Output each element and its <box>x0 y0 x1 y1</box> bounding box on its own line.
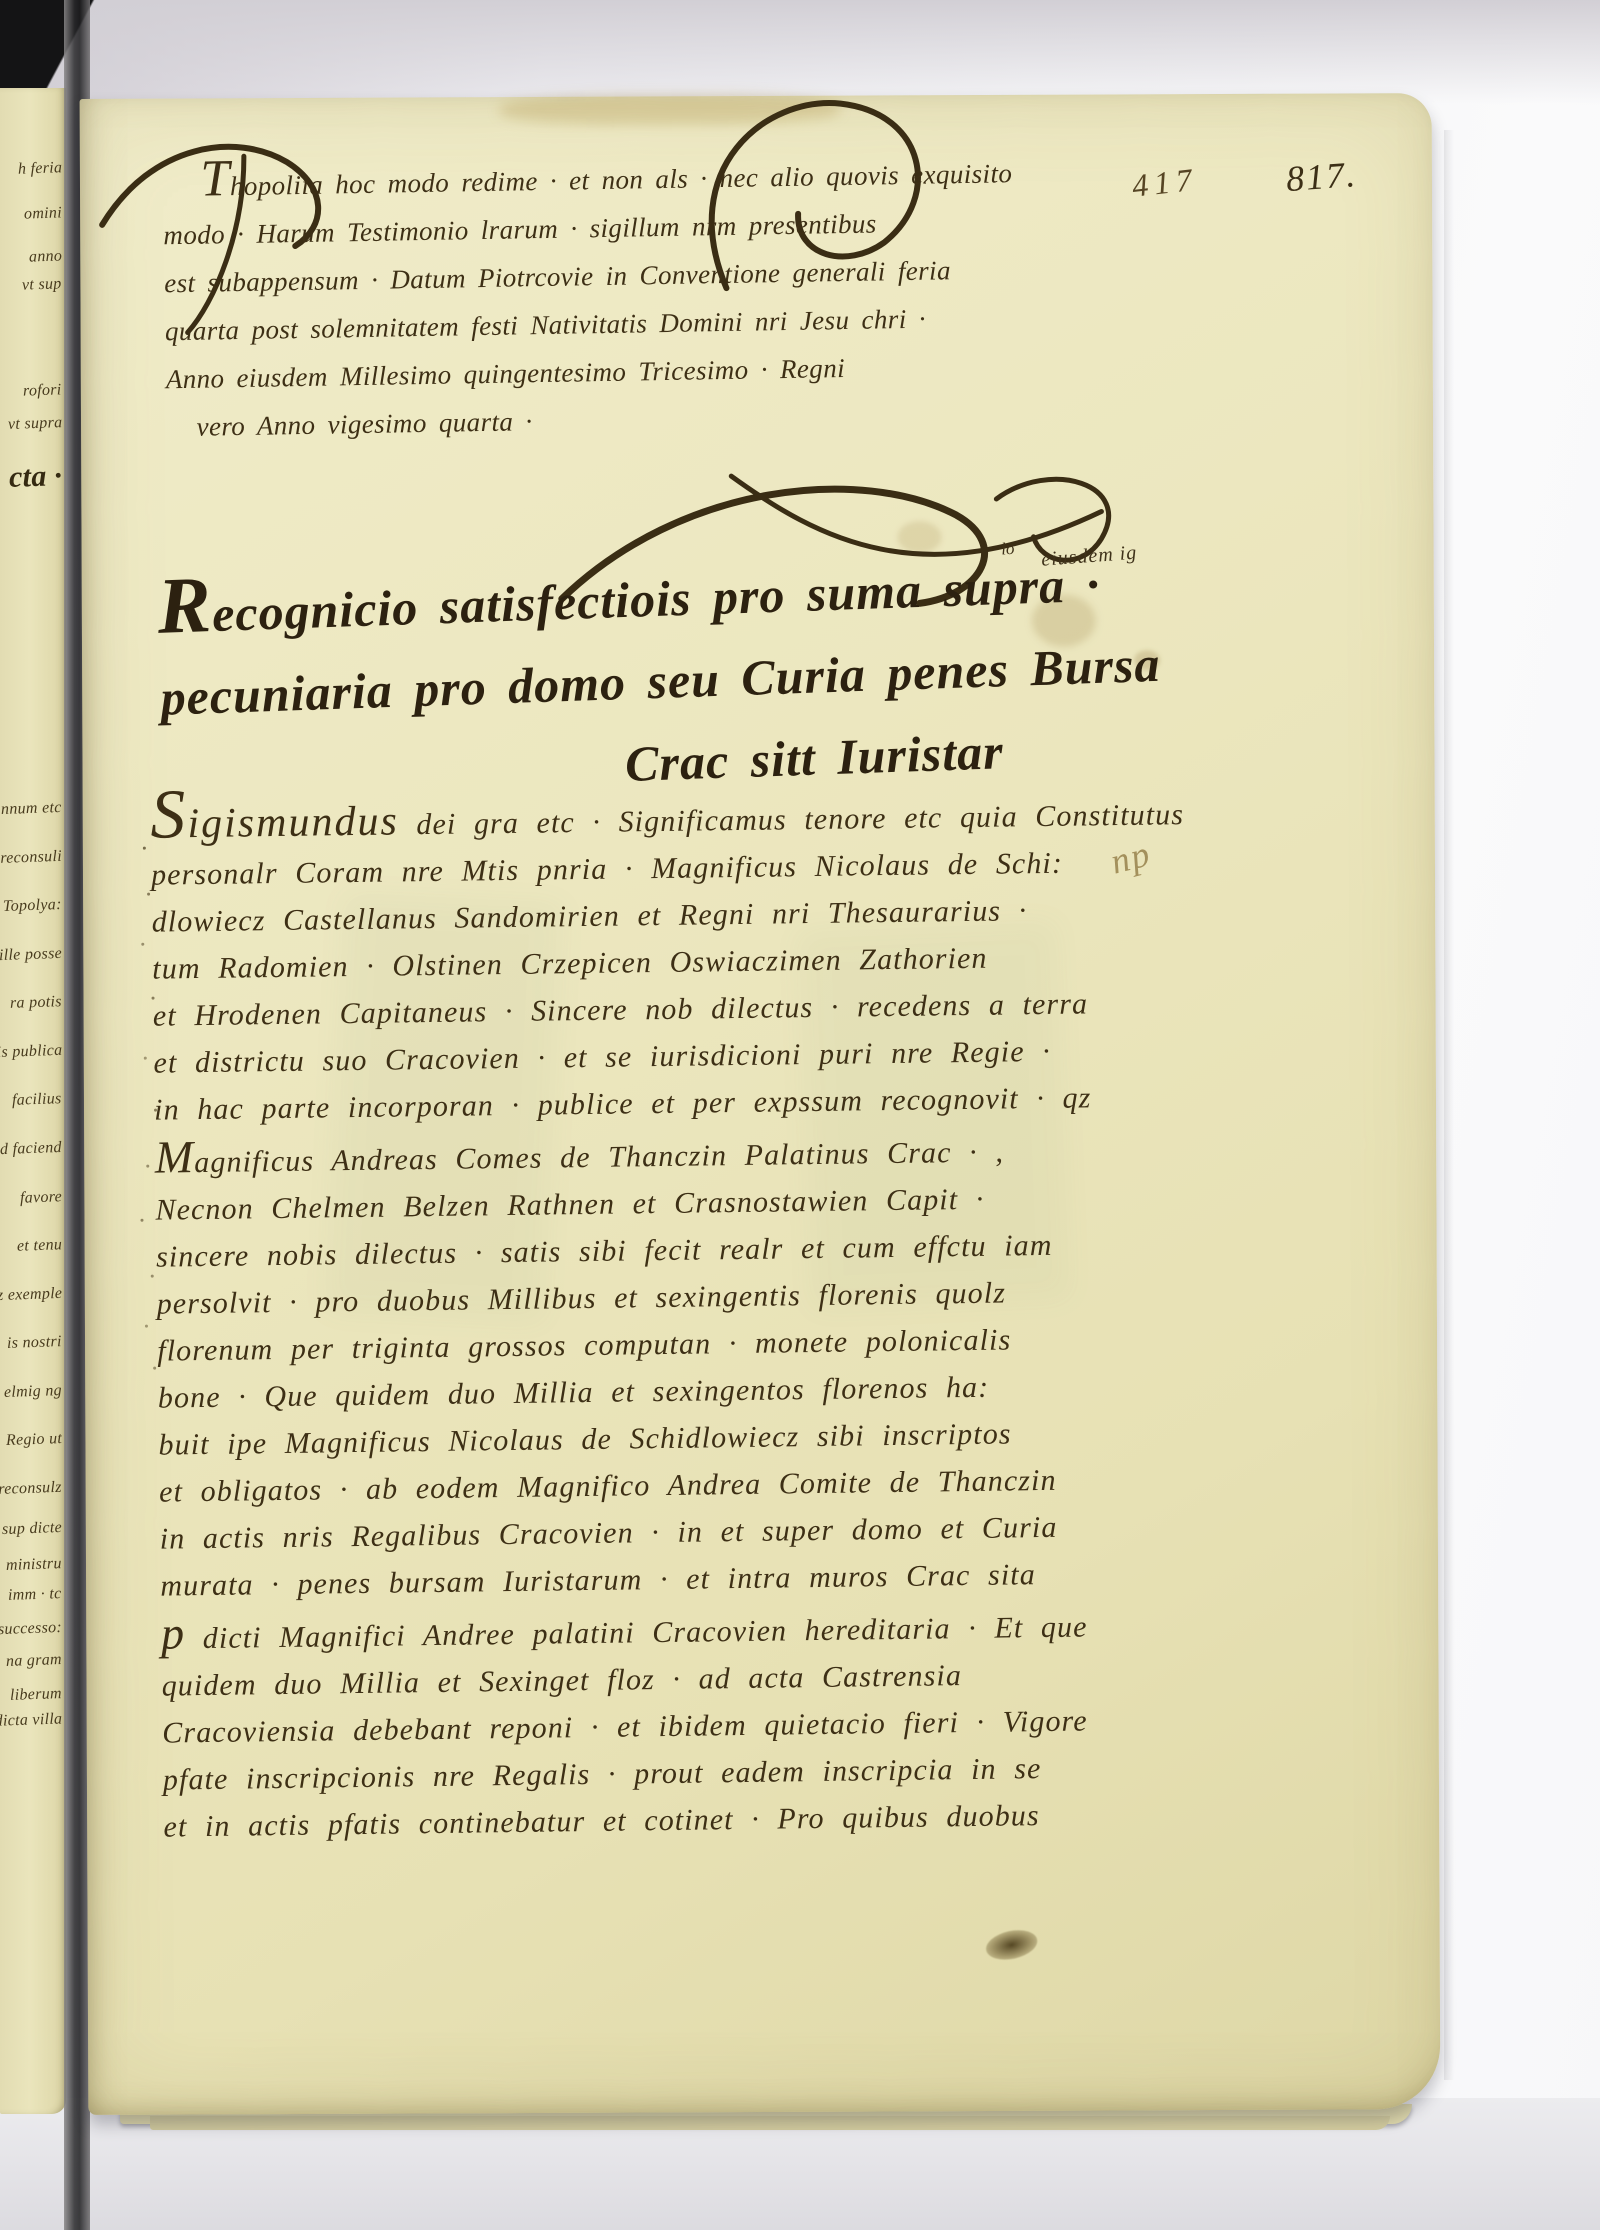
closing-paragraph: Thopoliia hoc modo redime · et non als ·… <box>162 141 1097 451</box>
prev-page-text-fragment: vt supra <box>7 414 62 434</box>
prev-page-text-fragment: d faciend <box>0 1139 62 1159</box>
prev-page-text-fragment: facilius <box>12 1090 62 1110</box>
body-first-word: Sigismundus <box>150 798 399 848</box>
prev-page-text-fragment: Topolya: <box>3 896 62 916</box>
prev-page-text-fragment: ra potis <box>10 993 62 1013</box>
page-block-edge <box>150 2116 1390 2130</box>
prev-page-text-fragment: sup dicte <box>2 1519 63 1539</box>
prev-page-text-fragment: na gram <box>6 1651 62 1671</box>
prev-page-text-fragment: Regio ut <box>6 1430 63 1450</box>
folio-number-modern: 817. <box>1284 153 1358 200</box>
prev-page-text-fragment: successo: <box>0 1619 62 1639</box>
folio-number-old: 417 <box>1130 161 1200 205</box>
prev-page-text-fragment: imm · tc <box>8 1585 62 1605</box>
page-fore-edge-shadow <box>1444 130 1454 2080</box>
prev-page-text-fragment: cta · <box>8 459 62 495</box>
prev-page-text-fragment: predicta villa <box>0 1710 62 1731</box>
parchment-stain <box>500 94 840 125</box>
prev-page-text-fragment: ministru <box>6 1555 62 1575</box>
prev-page-text-fragment: elmig ng <box>4 1382 63 1402</box>
prev-page-text-fragment: anno <box>28 247 62 266</box>
prev-page-text-fragment: is nostri <box>7 1333 62 1353</box>
prev-page-text-fragment: liberum <box>10 1685 62 1705</box>
body-paragraph: Sigismundus dei gra etc · Significamus t… <box>150 787 1304 1851</box>
body-first-line-rest: dei gra etc · Significamus tenore etc qu… <box>416 798 1184 841</box>
scanned-manuscript-photo: h feria omini anno vt sup rofori vt supr… <box>0 0 1600 2230</box>
prev-page-text-fragment: preconsuli <box>0 848 62 868</box>
prev-page-text-fragment: ille posse <box>0 945 62 965</box>
prev-page-text-fragment: vt sup <box>22 275 62 294</box>
manuscript-page: 417 817. Thopoliia hoc modo redime · et … <box>80 93 1441 2115</box>
ink-specks <box>143 847 146 850</box>
entry-heading: Recognicio satisfectiois pro suma supra … <box>156 526 1324 820</box>
prev-page-text-fragment: z exemple <box>0 1285 62 1305</box>
previous-page-edge: h feria omini anno vt sup rofori vt supr… <box>0 88 66 2114</box>
prev-page-text-fragment: favore <box>20 1188 63 1207</box>
prev-page-text-fragment: h feria <box>17 159 62 179</box>
prev-page-text-fragment: et tenu <box>16 1236 62 1256</box>
ink-stain <box>983 1926 1040 1964</box>
prev-page-text-fragment: rofori <box>23 381 62 400</box>
prev-page-text-fragment: preconsulz <box>0 1479 62 1499</box>
prev-page-text-fragment: omini <box>24 204 63 223</box>
prev-page-text-fragment: nnum etc <box>1 799 62 819</box>
prev-page-text-fragment: tis publica <box>0 1042 62 1062</box>
